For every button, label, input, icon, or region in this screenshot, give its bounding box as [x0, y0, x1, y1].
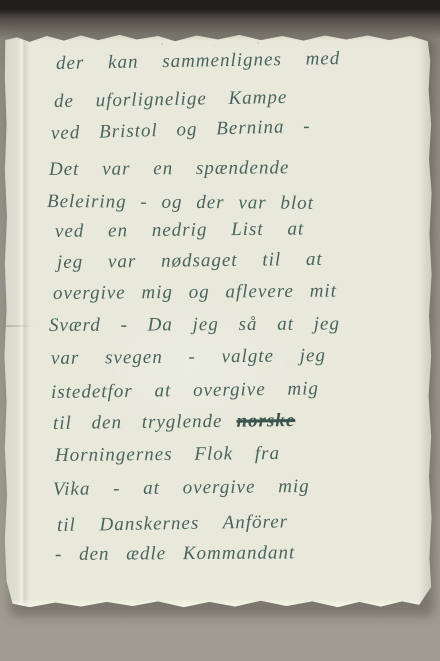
handwriting-line: overgive mig og aflevere mit — [53, 282, 337, 305]
handwriting-line: istedetfor at overgive mig — [51, 379, 319, 404]
handwriting-line: Det var en spændende — [49, 158, 290, 181]
handwriting-line: var svegen - valgte jeg — [51, 346, 326, 370]
fold-crease — [4, 32, 30, 610]
handwriting-line: - den ædle Kommandant — [55, 543, 295, 566]
handwriting-line: ved Bristol og Bernina - — [51, 117, 311, 145]
horizontal-crease — [4, 325, 34, 327]
photograph-of-letter: der kan sammenlignes med de uforlignelig… — [0, 0, 440, 661]
struck-word: norske — [236, 410, 295, 432]
handwriting-text: til den tryglende — [53, 411, 223, 434]
handwriting-line: til Danskernes Anförer — [57, 512, 288, 537]
handwriting-line: Sværd - Da jeg så at jeg — [49, 314, 340, 336]
handwriting-line: der kan sammenlignes med — [56, 49, 341, 75]
handwriting-line: Horningernes Flok fra — [55, 444, 280, 467]
handwriting-line: Beleiring - og der var blot — [47, 192, 314, 215]
handwriting-line: jeg var nødsaget til at — [57, 250, 323, 274]
handwriting-line: Vika - at overgive mig — [53, 477, 310, 501]
handwriting-line: til den tryglendenorske — [53, 411, 296, 435]
handwriting-line: ved en nedrig List at — [55, 219, 304, 242]
handwriting-line: de uforlignelige Kampe — [54, 88, 288, 113]
letter-page: der kan sammenlignes med de uforlignelig… — [4, 32, 432, 610]
